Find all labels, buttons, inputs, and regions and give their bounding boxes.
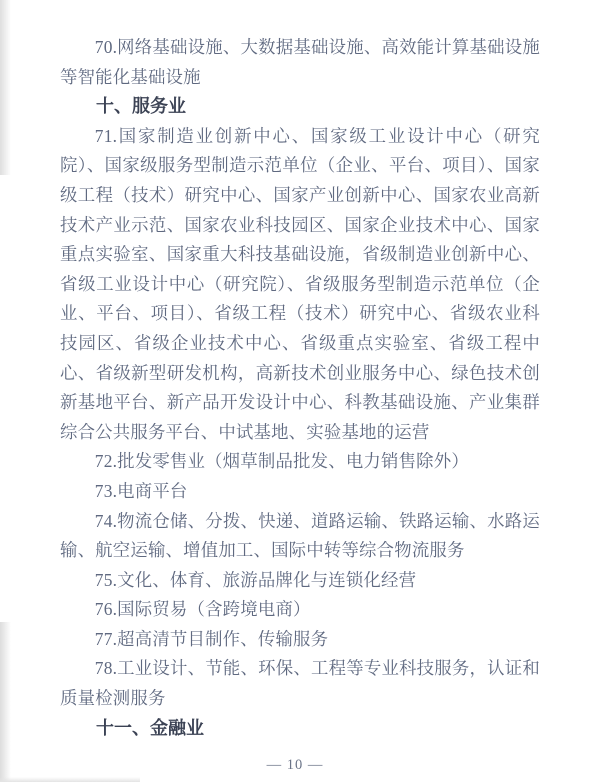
list-item-78: 78.工业设计、节能、环保、工程等专业科技服务，认证和质量检测服务 bbox=[60, 654, 540, 713]
list-item-73: 73.电商平台 bbox=[60, 477, 540, 507]
scan-edge-top-left bbox=[0, 0, 11, 175]
list-item-72: 72.批发零售业（烟草制品批发、电力销售除外） bbox=[60, 447, 540, 477]
list-item-77: 77.超高清节目制作、传输服务 bbox=[60, 625, 540, 655]
scan-edge-bottom bbox=[0, 777, 140, 782]
list-item-76: 76.国际贸易（含跨境电商） bbox=[60, 595, 540, 625]
document-page: 70.网络基础设施、大数据基础设施、高效能计算基础设施等智能化基础设施 十、服务… bbox=[0, 0, 590, 782]
document-body: 70.网络基础设施、大数据基础设施、高效能计算基础设施等智能化基础设施 十、服务… bbox=[60, 33, 540, 743]
list-item-71: 71.国家制造业创新中心、国家级工业设计中心（研究院）、国家级服务型制造示范单位… bbox=[60, 122, 540, 448]
list-item-70: 70.网络基础设施、大数据基础设施、高效能计算基础设施等智能化基础设施 bbox=[60, 33, 540, 92]
section-heading-10: 十、服务业 bbox=[60, 92, 540, 122]
list-item-74: 74.物流仓储、分拨、快递、道路运输、铁路运输、水路运输、航空运输、增值加工、国… bbox=[60, 507, 540, 566]
section-heading-11: 十一、金融业 bbox=[60, 714, 540, 744]
list-item-75: 75.文化、体育、旅游品牌化与连锁化经营 bbox=[60, 566, 540, 596]
page-number: — 10 — bbox=[0, 757, 590, 774]
